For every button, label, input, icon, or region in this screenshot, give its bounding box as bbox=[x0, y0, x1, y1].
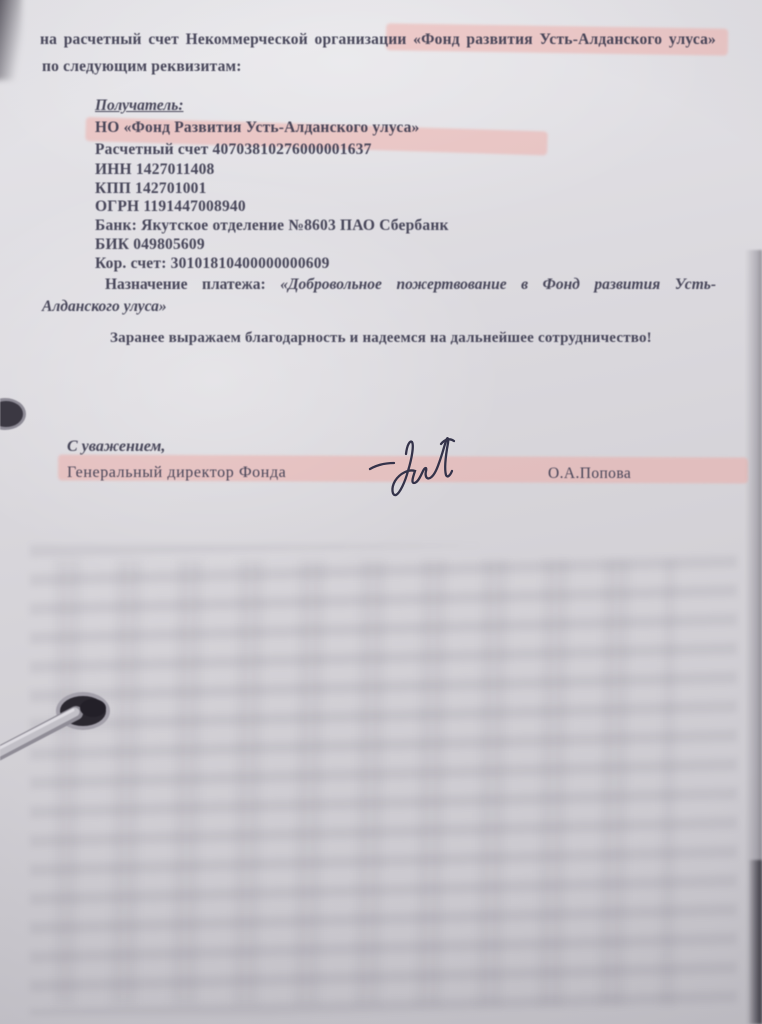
recipient-name: НО «Фонд Развития Усть-Алданского улуса» bbox=[95, 119, 420, 137]
scanned-letter-page: на расчетный счет Некоммерческой организ… bbox=[0, 0, 762, 1024]
binder-hole-bottom-dark bbox=[80, 699, 106, 717]
signature-scribble bbox=[366, 430, 476, 505]
payment-purpose-value: «Добровольное пожертвование в Фонд разви… bbox=[280, 276, 716, 293]
recipient-bank: Банк: Якутское отделение №8603 ПАО Сберб… bbox=[95, 217, 449, 235]
recipient-kpp: КПП 142701001 bbox=[95, 180, 207, 198]
intro-highlighted-text: «Фонд развития Усть-Алданского улуса» bbox=[413, 31, 716, 48]
recipient-inn: ИНН 1427011408 bbox=[95, 161, 215, 179]
payment-purpose-label: Назначение платежа: bbox=[105, 276, 280, 293]
recipient-label: Получатель: bbox=[95, 97, 183, 115]
gratitude-line: Заранее выражаем благодарность и надеемс… bbox=[110, 330, 652, 347]
intro-line2: по следующим реквизитам: bbox=[42, 58, 242, 76]
intro-paragraph: на расчетный счет Некоммерческой организ… bbox=[40, 24, 716, 55]
recipient-ogrn: ОГРН 1191447008940 bbox=[95, 198, 246, 216]
recipient-corr-acct: Кор. счет: 30101810400000000609 bbox=[95, 255, 330, 273]
payment-purpose-line1: Назначение платежа: «Добровольное пожерт… bbox=[105, 276, 716, 294]
binder-holes-and-rod bbox=[0, 380, 150, 800]
payment-purpose-line2: Алданского улуса» bbox=[42, 298, 167, 316]
recipient-bik: БИК 049805609 bbox=[95, 236, 205, 254]
intro-text: на расчетный счет Некоммерческой организ… bbox=[40, 31, 413, 48]
recipient-account: Расчетный счет 40703810276000001637 bbox=[95, 141, 372, 159]
signatory-name: О.А.Попова bbox=[548, 465, 631, 483]
binder-rod bbox=[0, 712, 75, 757]
